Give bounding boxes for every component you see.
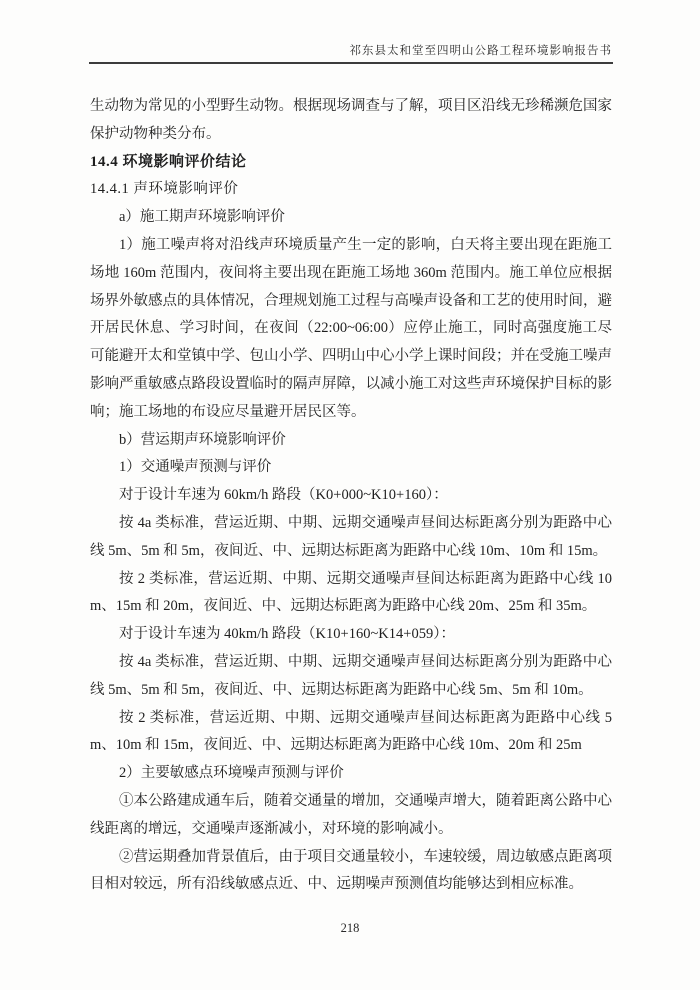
document-body: 生动物为常见的小型野生动物。根据现场调查与了解，项目区沿线无珍稀濒危国家保护动物…: [90, 93, 612, 899]
paragraph: 2）主要敏感点环境噪声预测与评价: [90, 760, 612, 788]
subsection-heading: 14.4.1 声环境影响评价: [90, 176, 612, 204]
paragraph: 1）交通噪声预测与评价: [90, 454, 612, 482]
paragraph: a）施工期声环境影响评价: [90, 204, 612, 232]
paragraph: 按 2 类标准，营运近期、中期、远期交通噪声昼间达标距离为距路中心线 10m、1…: [90, 566, 612, 622]
paragraph: 生动物为常见的小型野生动物。根据现场调查与了解，项目区沿线无珍稀濒危国家保护动物…: [90, 93, 612, 149]
paragraph: 对于设计车速为 40km/h 路段（K10+160~K14+059）：: [90, 621, 612, 649]
paragraph: ②营运期叠加背景值后，由于项目交通量较小，车速较缓，周边敏感点距离项目相对较远，…: [90, 844, 612, 900]
page-number: 218: [0, 921, 700, 936]
paragraph: 按 4a 类标准，营运近期、中期、远期交通噪声昼间达标距离分别为距路中心线 5m…: [90, 510, 612, 566]
paragraph: ①本公路建成通车后，随着交通量的增加，交通噪声增大，随着距离公路中心线距离的增远…: [90, 788, 612, 844]
paragraph: 按 4a 类标准，营运近期、中期、远期交通噪声昼间达标距离分别为距路中心线 5m…: [90, 649, 612, 705]
paragraph: 1）施工噪声将对沿线声环境质量产生一定的影响，白天将主要出现在距施工场地 160…: [90, 232, 612, 427]
paragraph: 按 2 类标准，营运近期、中期、远期交通噪声昼间达标距离为距路中心线 5m、10…: [90, 705, 612, 761]
section-heading: 14.4 环境影响评价结论: [90, 149, 612, 177]
document-page: 祁东县太和堂至四明山公路工程环境影响报告书 生动物为常见的小型野生动物。根据现场…: [0, 0, 700, 990]
header-rule: [89, 62, 613, 64]
paragraph: 对于设计车速为 60km/h 路段（K0+000~K10+160）：: [90, 482, 612, 510]
header-title: 祁东县太和堂至四明山公路工程环境影响报告书: [90, 42, 612, 58]
paragraph: b）营运期声环境影响评价: [90, 427, 612, 455]
